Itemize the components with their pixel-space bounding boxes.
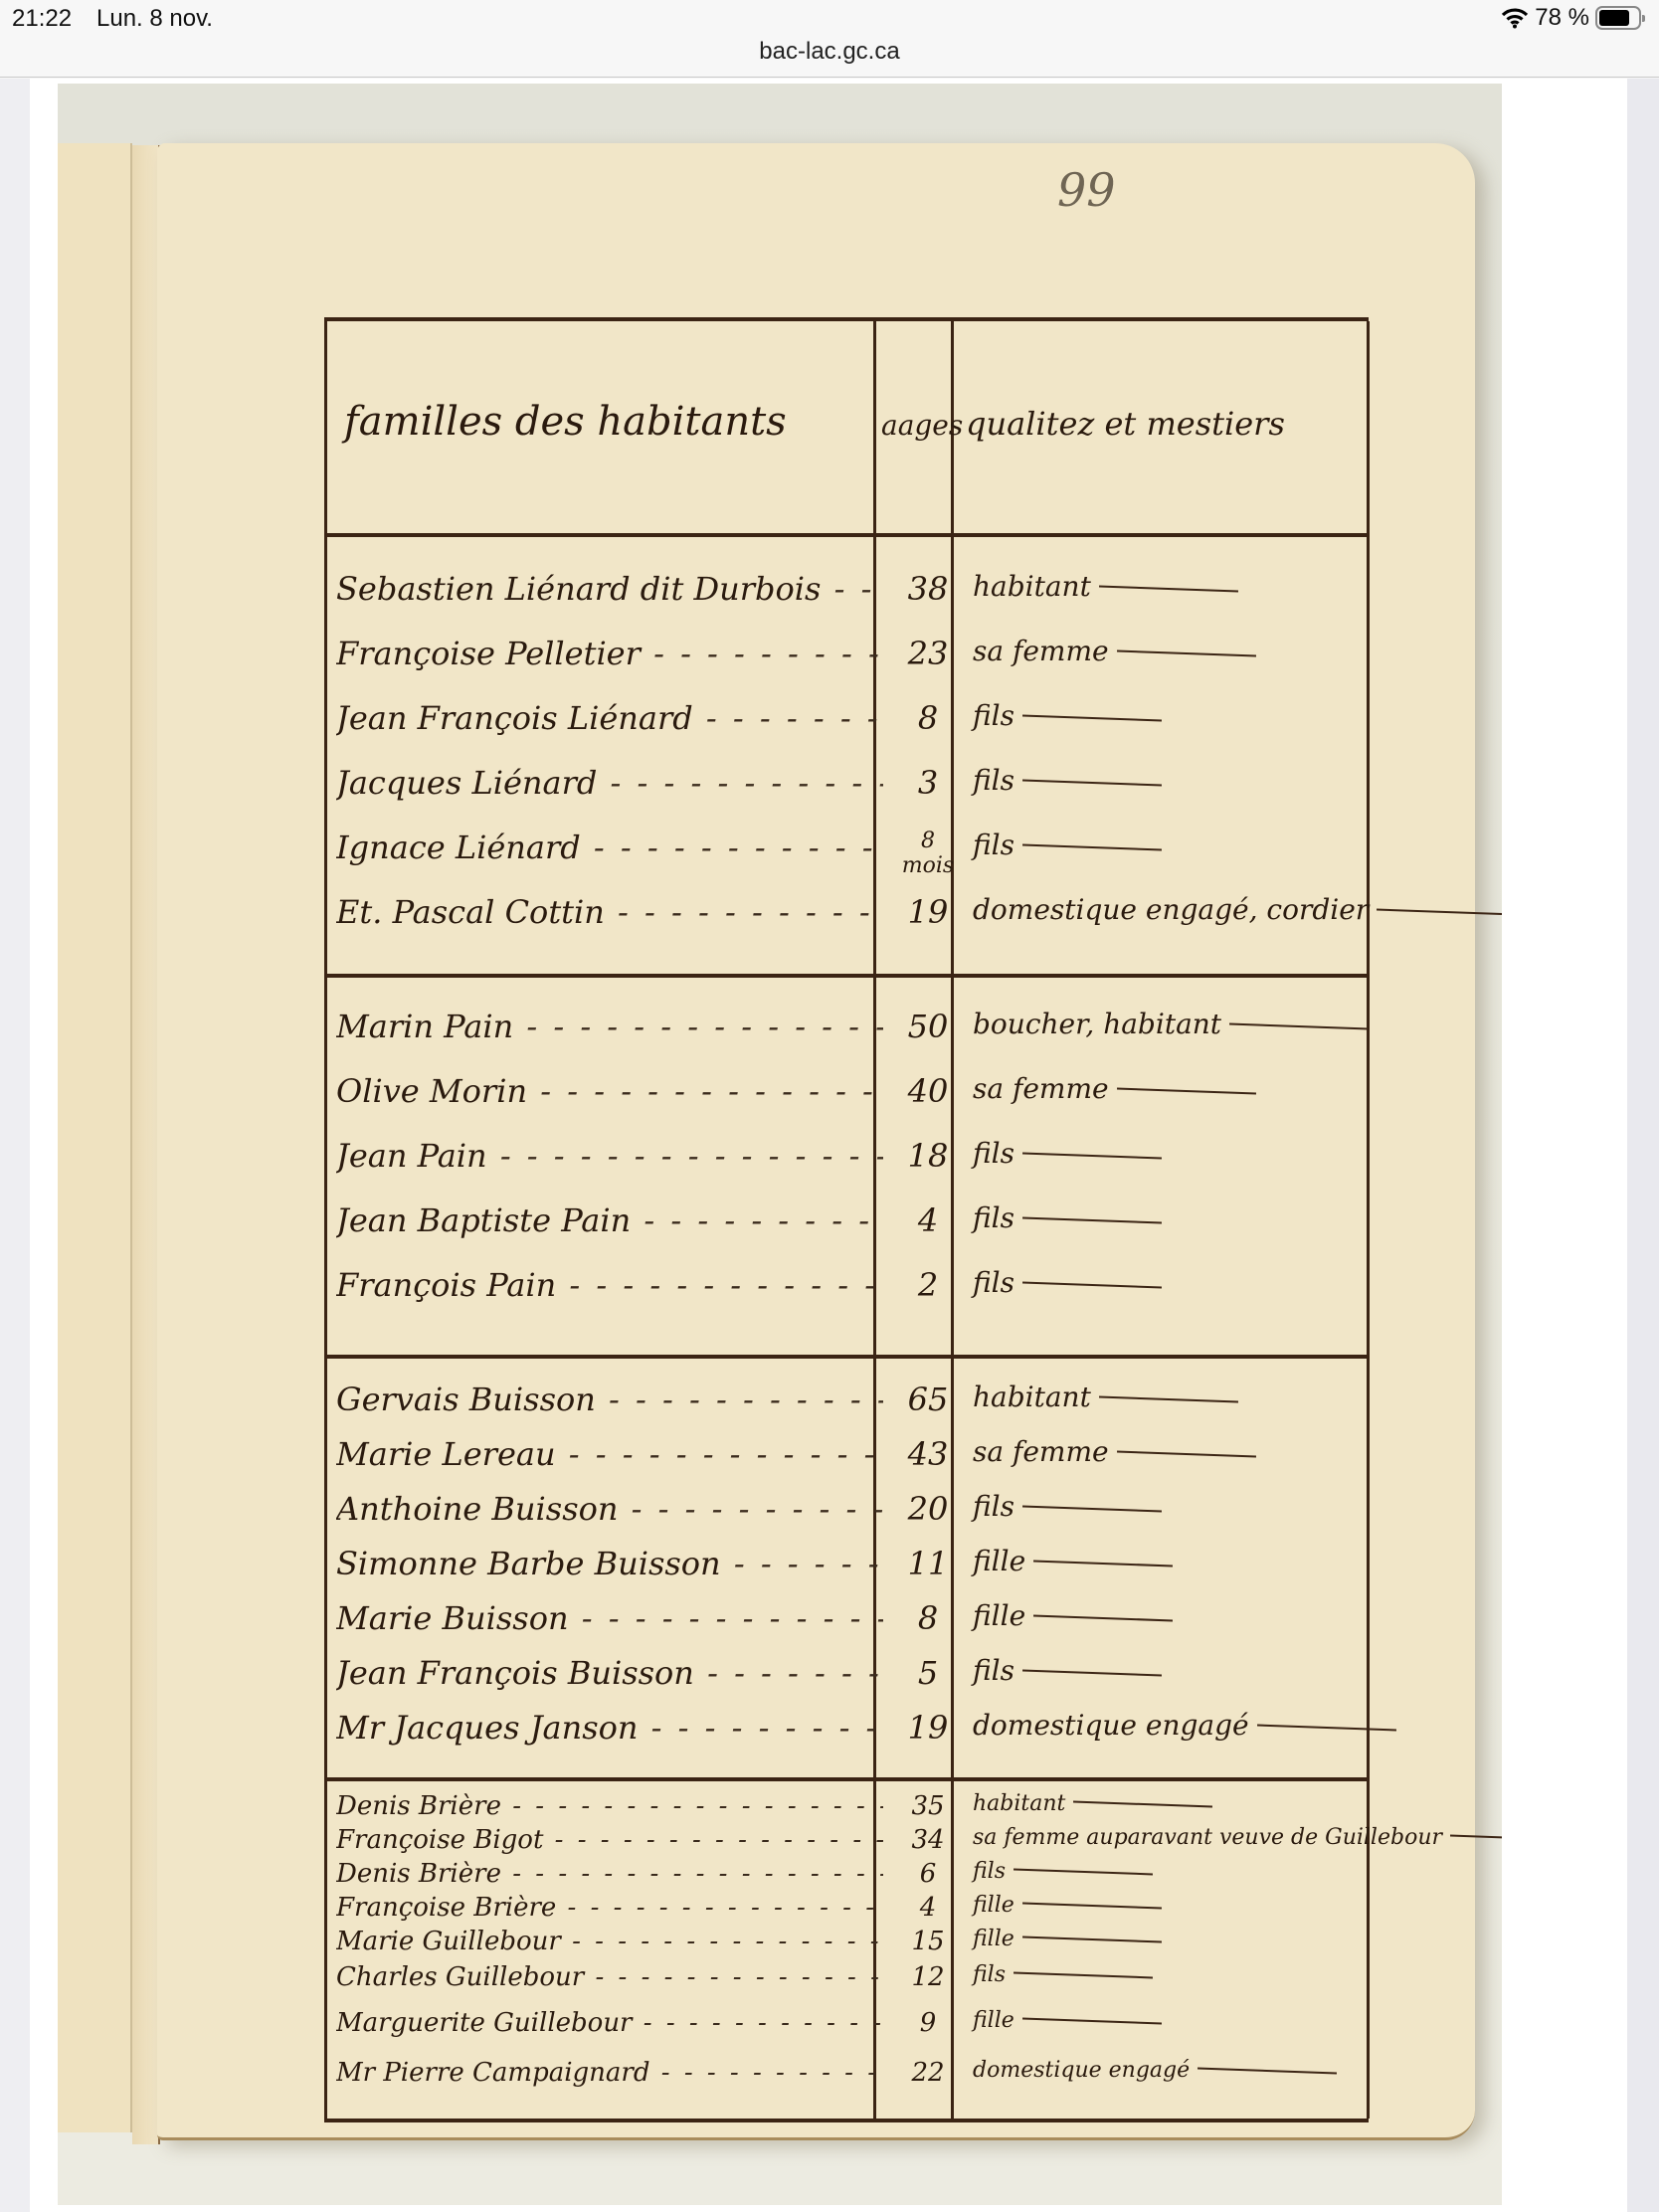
census-table: familles des habitants aages qualitez et…	[324, 317, 1369, 2122]
table-row: Olive Morin40sa femme	[336, 1072, 1371, 1122]
table-row: Sebastien Liénard dit Durbois38habitant	[336, 570, 1371, 620]
column-header-ages: aages	[881, 409, 963, 442]
left-gutter	[0, 79, 30, 2212]
facing-page-edge	[58, 143, 132, 2132]
table-row: Marie Buisson8fille	[336, 1599, 1371, 1649]
table-row: François Pain2fils	[336, 1266, 1371, 1316]
table-row: Marin Pain50boucher, habitant	[336, 1008, 1371, 1057]
status-date: Lun. 8 nov.	[96, 5, 213, 33]
table-row: Marie Lereau43sa femme	[336, 1435, 1371, 1485]
table-row: Jean François Liénard8fils	[336, 699, 1371, 749]
url-bar[interactable]: bac-lac.gc.ca	[0, 38, 1659, 66]
column-header-families: familles des habitants	[344, 399, 787, 445]
wifi-icon	[1501, 7, 1529, 29]
table-row: Gervais Buisson65habitant	[336, 1381, 1371, 1430]
table-row: Simonne Barbe Buisson11fille	[336, 1545, 1371, 1594]
table-row: Marguerite Guillebour9fille	[336, 2008, 1371, 2058]
table-row: Mr Pierre Campaignard22domestique engagé	[336, 2058, 1371, 2108]
table-row: Et. Pascal Cottin19domestique engagé, co…	[336, 893, 1371, 943]
table-row: Jacques Liénard3fils	[336, 764, 1371, 814]
status-and-url-bar: 21:22 Lun. 8 nov. 78 % bac-lac.gc.ca	[0, 0, 1659, 78]
book-spine	[132, 145, 160, 2144]
family-divider	[324, 974, 1369, 978]
table-row: Ignace Liénard8 moisfils	[336, 829, 1371, 878]
family-divider	[324, 1777, 1369, 1781]
table-row: Anthoine Buisson20fils	[336, 1490, 1371, 1540]
status-indicators: 78 %	[1501, 4, 1641, 32]
manuscript-page: 99 familles des habitants aages qualitez…	[157, 143, 1475, 2140]
table-row: Jean Pain18fils	[336, 1137, 1371, 1187]
table-row: Jean François Buisson5fils	[336, 1654, 1371, 1704]
column-header-qualities: qualitez et mestiers	[966, 405, 1285, 443]
header-divider	[324, 533, 1369, 537]
family-divider	[324, 1355, 1369, 1359]
page-number: 99	[1057, 163, 1116, 217]
battery-percent: 78 %	[1535, 4, 1589, 32]
table-row: Françoise Pelletier23sa femme	[336, 635, 1371, 684]
battery-icon	[1595, 6, 1641, 30]
table-row: Jean Baptiste Pain4fils	[336, 1201, 1371, 1251]
right-scrollbar-strip[interactable]	[1627, 79, 1659, 2212]
status-time: 21:22	[12, 5, 72, 33]
manuscript-image[interactable]: 99 familles des habitants aages qualitez…	[58, 84, 1502, 2205]
table-border-left	[324, 321, 327, 2119]
table-row: Mr Jacques Janson19domestique engagé	[336, 1709, 1371, 1758]
table-row: Charles Guillebour12fils	[336, 1962, 1371, 2012]
